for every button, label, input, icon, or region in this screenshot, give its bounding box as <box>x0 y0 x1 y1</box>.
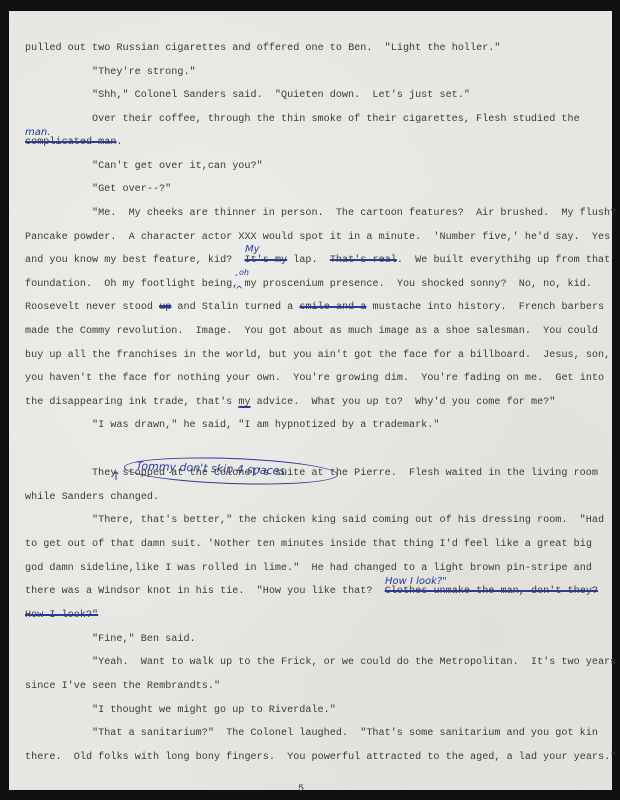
typed-text: . We built everythihg up from that <box>397 255 610 266</box>
typed-text: mustache into history. French barbers <box>366 302 604 313</box>
typed-line: "Shh," Colonel Sanders said. "Quieten do… <box>92 90 470 102</box>
struck-text: smile and a <box>299 302 366 313</box>
typed-text: advice. What you up to? Why'd you come f… <box>251 397 556 408</box>
typed-line: there. Old folks with long bony fingers.… <box>25 752 616 764</box>
page-number: 5 <box>298 784 304 795</box>
typed-line: "Can't get over it,can you?" <box>92 161 263 173</box>
typed-line-edited: complicated man. <box>25 137 123 149</box>
struck-text: It's my <box>244 255 287 266</box>
typed-text: and Stalin turned a <box>171 302 299 313</box>
typed-text: the disappearing ink trade, that's <box>25 397 238 408</box>
typed-text: . <box>116 137 122 148</box>
typed-line: "I was drawn," he said, "I am hypnotized… <box>92 420 439 432</box>
typed-line-edited: and you know my best feature, kid? It's … <box>25 255 610 267</box>
typed-line: pulled out two Russian cigarettes and of… <box>25 43 501 55</box>
typed-line: "Get over--?" <box>92 184 171 196</box>
struck-text: complicated man <box>25 137 116 148</box>
typed-line: "That a sanitarium?" The Colonel laughed… <box>92 728 598 740</box>
typed-line: while Sanders changed. <box>25 492 159 504</box>
typed-line: made the Commy revolution. Image. You go… <box>25 326 598 338</box>
typed-line: you haven't the face for nothing your ow… <box>25 373 604 385</box>
typed-line-edited: Roosevelt never stood up and Stalin turn… <box>25 302 604 314</box>
typed-line: to get out of that damn suit. 'Nother te… <box>25 539 592 551</box>
typed-line: god damn sideline,like I was rolled in l… <box>25 563 592 575</box>
typed-line-edited: How I look?" <box>25 610 98 622</box>
typed-line: "There, that's better," the chicken king… <box>92 515 604 527</box>
typed-line: Over their coffee, through the thin smok… <box>92 114 580 126</box>
typed-line-edited: there was a Windsor knot in his tie. "Ho… <box>25 586 598 598</box>
typed-line: "Fine," Ben said. <box>92 634 196 646</box>
typed-text: Roosevelt never stood <box>25 302 159 313</box>
struck-text: up <box>159 302 171 313</box>
typed-line: They stopped at the Colonel's suite at t… <box>92 468 598 480</box>
handwritten-insert-my: My <box>245 244 260 255</box>
struck-text: That's real <box>330 255 397 266</box>
typed-line: foundation. Oh my footlight being, my pr… <box>25 279 592 291</box>
typed-line: "They're strong." <box>92 67 196 79</box>
caret-mark-icon: ‸ <box>235 267 238 277</box>
typed-line-edited: the disappearing ink trade, that's my ad… <box>25 397 555 409</box>
struck-text: How I look?" <box>25 610 98 621</box>
typed-line: Pancake powder. A character actor XXX wo… <box>25 232 610 244</box>
struck-text: Clothes unmake the man, don't they? <box>385 586 598 597</box>
typed-line: since I've seen the Rembrandts." <box>25 681 220 693</box>
typed-text: and you know my best feature, kid? <box>25 255 244 266</box>
typed-line: "Me. My cheeks are thinner in person. Th… <box>92 208 616 220</box>
typed-text: lap. <box>287 255 330 266</box>
handwritten-insert-oh: oh <box>239 268 249 277</box>
caret-mark-icon: ^ <box>235 285 243 296</box>
typed-line: "Yeah. Want to walk up to the Frick, or … <box>92 657 616 669</box>
typed-text: there was a Windsor knot in his tie. "Ho… <box>25 586 385 597</box>
typed-line: "I thought we might go up to Riverdale." <box>92 705 336 717</box>
typed-line: buy up all the franchises in the world, … <box>25 350 610 362</box>
underlined-text: my <box>238 397 250 408</box>
manuscript-page: pulled out two Russian cigarettes and of… <box>9 11 612 790</box>
